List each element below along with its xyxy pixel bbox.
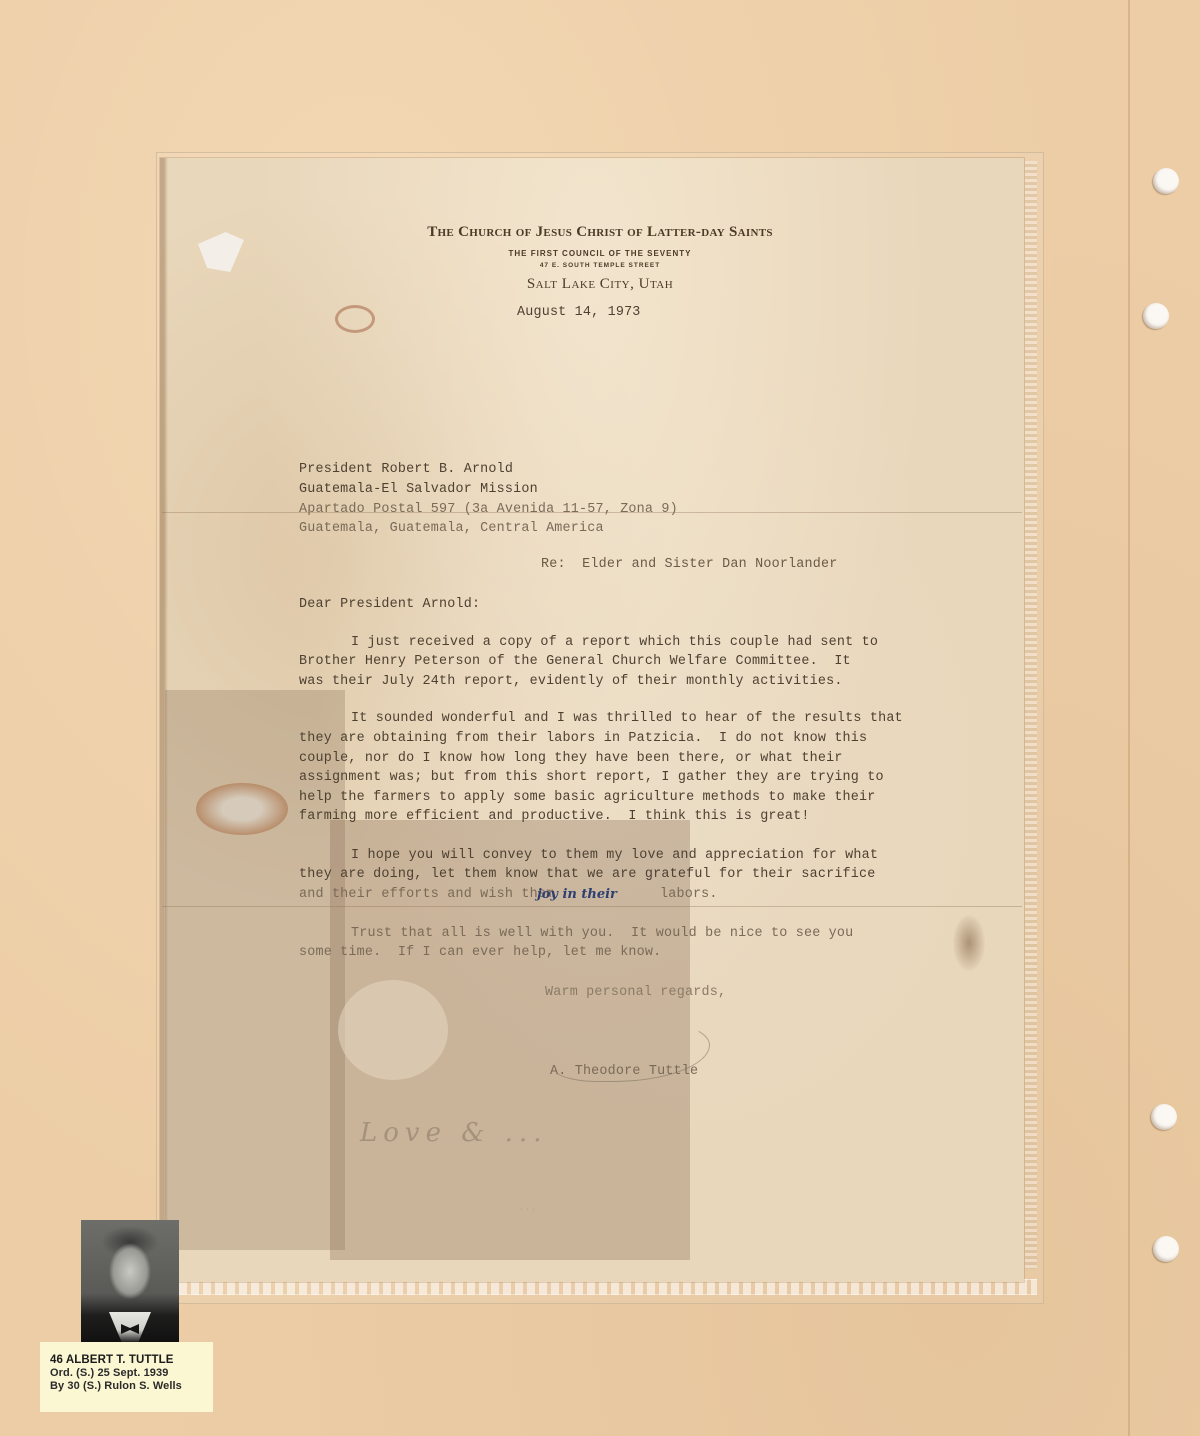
letterhead-city: Salt Lake City, Utah (0, 276, 1200, 293)
letterhead-street: 47 E. South Temple Street (0, 262, 1200, 269)
body-line: I hope you will convey to them my love a… (299, 848, 878, 863)
signer-name: A. Theodore Tuttle (550, 1064, 698, 1079)
body-line: and their efforts and wish them (299, 887, 554, 902)
fold-crease (162, 906, 1022, 907)
punch-hole-icon (1143, 303, 1169, 329)
body-line-tail: labors. (660, 887, 718, 902)
letterhead-council: The First Council of The Seventy (0, 249, 1200, 258)
caption-ordained-by: By 30 (S.) Rulon S. Wells (50, 1380, 213, 1393)
punch-hole-icon (1153, 1236, 1179, 1262)
faint-footer-mark: · · · (520, 1206, 536, 1213)
stain-blot (953, 915, 985, 971)
body-line: assignment was; but from this short repo… (299, 770, 884, 785)
punch-hole-icon (1153, 168, 1179, 194)
stain-light-spot (338, 980, 448, 1080)
body-line: It sounded wonderful and I was thrilled … (299, 711, 903, 726)
punch-hole-icon (1151, 1104, 1177, 1130)
body-line: Brother Henry Peterson of the General Ch… (299, 654, 851, 669)
recipient-mission: Guatemala-El Salvador Mission (299, 482, 538, 497)
stain-blot (196, 783, 288, 835)
body-line: Trust that all is well with you. It woul… (299, 926, 853, 941)
letterhead-organization: The Church of Jesus Christ of Latter-day… (0, 224, 1200, 241)
body-line: help the farmers to apply some basic agr… (299, 790, 876, 805)
bleed-through-handwriting: Love & ... (360, 1118, 547, 1148)
stain-ring (335, 305, 375, 333)
recipient-name: President Robert B. Arnold (299, 462, 513, 477)
body-line: I just received a copy of a report which… (299, 635, 878, 650)
recipient-location: Guatemala, Guatemala, Central America (299, 521, 604, 536)
recipient-postal: Apartado Postal 597 (3a Avenida 11-57, Z… (299, 502, 678, 517)
handwritten-insertion: joy in their (537, 887, 617, 902)
caption-name: 46 ALBERT T. TUTTLE (50, 1354, 213, 1367)
portrait-collar (109, 1312, 151, 1342)
salutation: Dear President Arnold: (299, 597, 480, 612)
binder-fold-line (1128, 0, 1130, 1436)
body-line: they are obtaining from their labors in … (299, 731, 867, 746)
subject-line: Re: Elder and Sister Dan Noorlander (541, 557, 838, 572)
body-line: couple, nor do I know how long they have… (299, 751, 843, 766)
sleeve-perforated-edge (1025, 161, 1037, 1269)
portrait-caption: 46 ALBERT T. TUTTLE Ord. (S.) 25 Sept. 1… (40, 1342, 213, 1412)
body-line: some time. If I can ever help, let me kn… (299, 945, 661, 960)
body-line: was their July 24th report, evidently of… (299, 674, 843, 689)
letter-date: August 14, 1973 (517, 305, 641, 320)
body-line: farming more efficient and productive. I… (299, 809, 810, 824)
closing: Warm personal regards, (545, 985, 726, 1000)
portrait-photo (81, 1220, 179, 1342)
caption-ordination: Ord. (S.) 25 Sept. 1939 (50, 1367, 213, 1380)
body-line: they are doing, let them know that we ar… (299, 867, 876, 882)
